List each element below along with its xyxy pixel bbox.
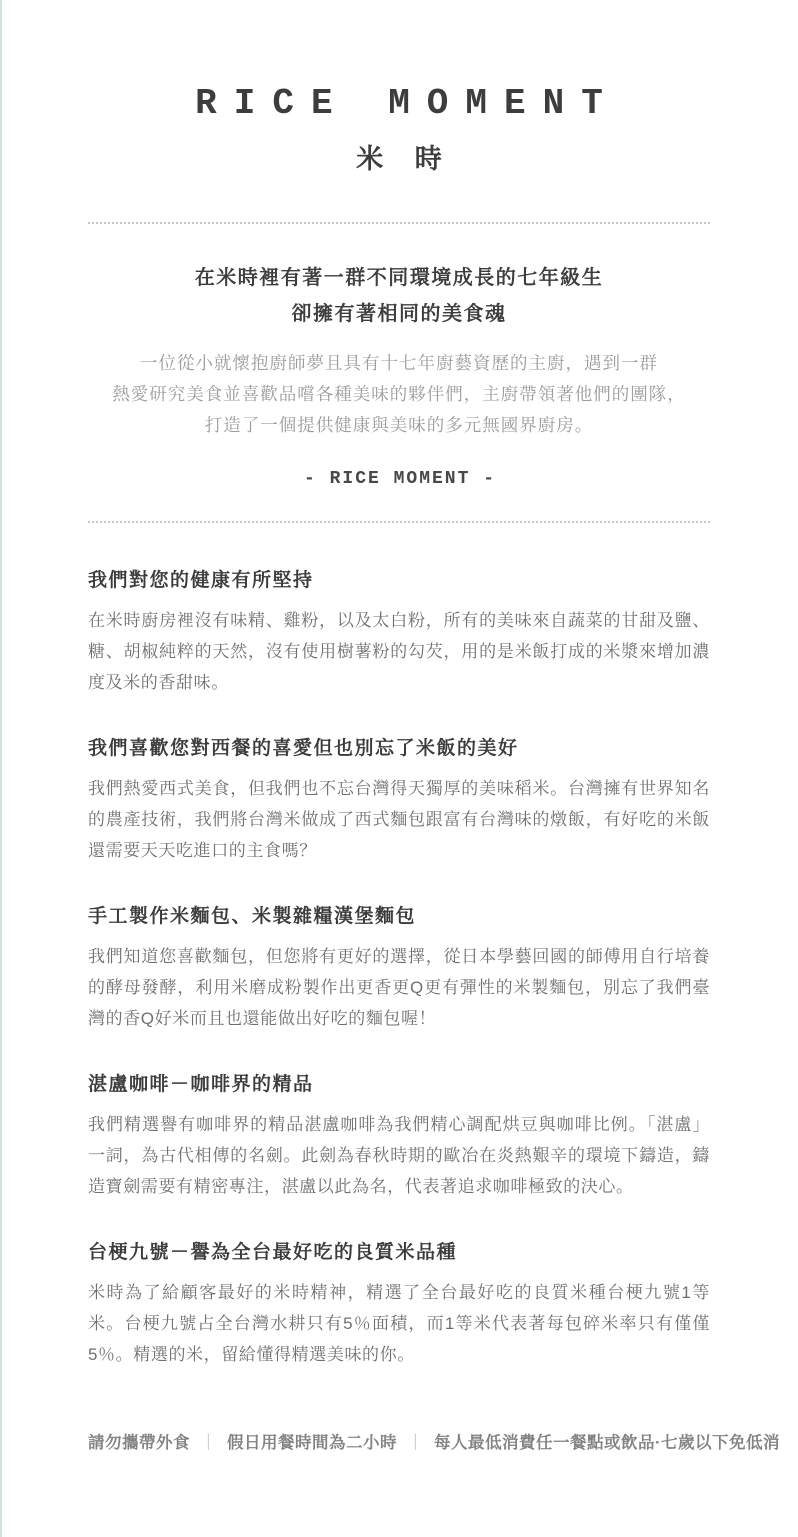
section-body: 米時為了給顧客最好的米時精神，精選了全台最好吃的良質米種台梗九號1等米。台梗九號… [88, 1277, 710, 1370]
section-body: 我們知道您喜歡麵包，但您將有更好的選擇，從日本學藝回國的師傅用自行培養的酵母發酵… [88, 941, 710, 1034]
intro-paragraph: 一位從小就懷抱廚師夢且具有十七年廚藝資歷的主廚，遇到一群 熱愛研究美食並喜歡品嚐… [88, 348, 710, 441]
intro-paragraph-line: 熱愛研究美食並喜歡品嚐各種美味的夥伴們，主廚帶領著他們的團隊， [88, 379, 710, 410]
brand-signature: - RICE MOMENT - [88, 469, 710, 489]
section-health-commitment: 我們對您的健康有所堅持 在米時廚房裡沒有味精、雞粉，以及太白粉，所有的美味來自蔬… [88, 567, 710, 698]
footer-notice: 假日用餐時間為二小時 [227, 1434, 397, 1452]
footer-separator: ｜ [397, 1434, 434, 1452]
section-body: 我們精選譽有咖啡界的精品湛盧咖啡為我們精心調配烘豆與咖啡比例。「湛盧」一詞，為古… [88, 1109, 710, 1202]
dotted-divider-top [88, 222, 710, 224]
section-western-and-rice: 我們喜歡您對西餐的喜愛但也別忘了米飯的美好 我們熱愛西式美食，但我們也不忘台灣得… [88, 735, 710, 866]
brand-subtitle-cjk: 米 時 [88, 144, 710, 174]
section-body: 我們熱愛西式美食，但我們也不忘台灣得天獨厚的美味稻米。台灣擁有世界知名的農產技術… [88, 773, 710, 866]
footer-notice: 每人最低消費任一餐點或飲品·七歲以下免低消 [434, 1434, 780, 1452]
footer-separator: ｜ [190, 1434, 227, 1452]
about-page: RICE MOMENT 米 時 在米時裡有著一群不同環境成長的七年級生 卻擁有著… [88, 86, 710, 1456]
section-rice-bread: 手工製作米麵包、米製雜糧漢堡麵包 我們知道您喜歡麵包，但您將有更好的選擇，從日本… [88, 903, 710, 1034]
section-heading: 我們喜歡您對西餐的喜愛但也別忘了米飯的美好 [88, 735, 710, 763]
footer-notice: 請勿攜帶外食 [88, 1434, 190, 1452]
intro-headline-line: 卻擁有著相同的美食魂 [88, 296, 710, 332]
left-edge-strip [0, 0, 2, 1537]
intro-headline: 在米時裡有著一群不同環境成長的七年級生 卻擁有著相同的美食魂 [88, 260, 710, 332]
footer-notices: 請勿攜帶外食｜假日用餐時間為二小時｜每人最低消費任一餐點或飲品·七歲以下免低消 [88, 1430, 710, 1456]
section-heading: 手工製作米麵包、米製雜糧漢堡麵包 [88, 903, 710, 931]
dotted-divider-middle [88, 521, 710, 523]
brand-title: RICE MOMENT [88, 86, 710, 122]
intro-paragraph-line: 打造了一個提供健康與美味的多元無國界廚房。 [88, 410, 710, 441]
section-heading: 台梗九號－譽為全台最好吃的良質米品種 [88, 1239, 710, 1267]
intro-headline-line: 在米時裡有著一群不同環境成長的七年級生 [88, 260, 710, 296]
section-taikeng-9-rice: 台梗九號－譽為全台最好吃的良質米品種 米時為了給顧客最好的米時精神，精選了全台最… [88, 1239, 710, 1370]
section-heading: 我們對您的健康有所堅持 [88, 567, 710, 595]
section-heading: 湛盧咖啡－咖啡界的精品 [88, 1071, 710, 1099]
intro-paragraph-line: 一位從小就懷抱廚師夢且具有十七年廚藝資歷的主廚，遇到一群 [88, 348, 710, 379]
section-body: 在米時廚房裡沒有味精、雞粉，以及太白粉，所有的美味來自蔬菜的甘甜及鹽、糖、胡椒純… [88, 605, 710, 698]
section-zhanlu-coffee: 湛盧咖啡－咖啡界的精品 我們精選譽有咖啡界的精品湛盧咖啡為我們精心調配烘豆與咖啡… [88, 1071, 710, 1202]
